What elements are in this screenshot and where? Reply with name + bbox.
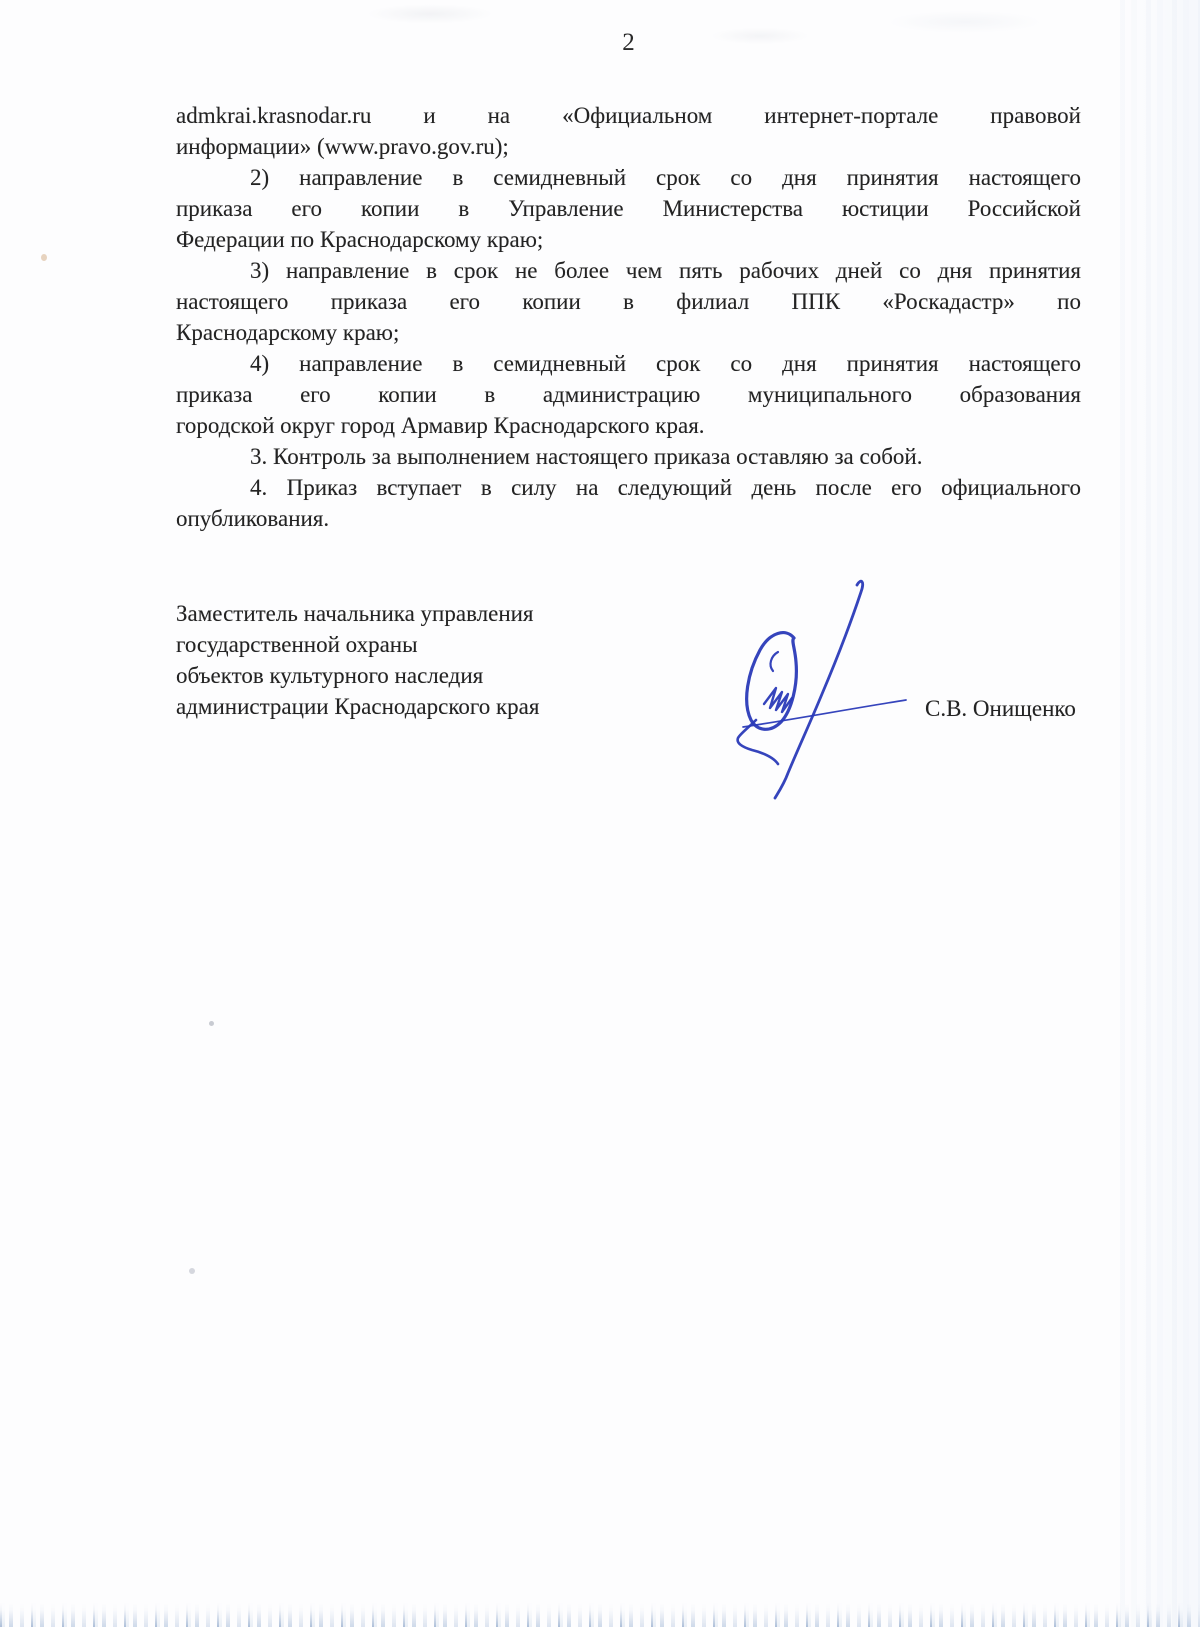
body-line: 4) направление в семидневный срок со дня…: [176, 348, 1081, 379]
signatory-title-line: объектов культурного наследия: [176, 660, 1081, 691]
handwritten-signature-icon: [690, 552, 930, 802]
page-number: 2: [176, 27, 1081, 58]
body-line: городской округ город Армавир Краснодарс…: [176, 410, 1081, 441]
body-line: приказа его копии в Управление Министерс…: [176, 193, 1081, 224]
scan-artifact-right-edge: [1120, 0, 1200, 1627]
body-line: Краснодарскому краю;: [176, 317, 1081, 348]
body-line: 3. Контроль за выполнением настоящего пр…: [176, 441, 1081, 472]
body-line: опубликования.: [176, 503, 1081, 534]
signatory-title-line: государственной охраны: [176, 629, 1081, 660]
scan-speck: [189, 1268, 195, 1274]
signature-stroke-inner-curl: [771, 652, 778, 671]
signatory-title-line: Заместитель начальника управления: [176, 598, 1081, 629]
body-line: информации» (www.pravo.gov.ru);: [176, 131, 1081, 162]
scan-speck: [41, 254, 47, 261]
signature-stroke-underline: [743, 700, 906, 727]
body-line: приказа его копии в администрацию муници…: [176, 379, 1081, 410]
body-line: 4. Приказ вступает в силу на следующий д…: [176, 472, 1081, 503]
scanned-document-page: 2 admkrai.krasnodar.ru и на «Официальном…: [0, 0, 1200, 1627]
signature-stroke-loop: [747, 633, 797, 730]
body-line: Федерации по Краснодарскому краю;: [176, 224, 1081, 255]
scan-speck: [209, 1021, 214, 1026]
signature-stroke-diagonal: [775, 581, 863, 798]
signature-block: Заместитель начальника управлениягосудар…: [176, 598, 1081, 722]
body-line: 2) направление в семидневный срок со дня…: [176, 162, 1081, 193]
body-line: admkrai.krasnodar.ru и на «Официальном и…: [176, 100, 1081, 131]
signatory-name: С.В. Онищенко: [925, 693, 1076, 724]
body-line: 3) направление в срок не более чем пять …: [176, 255, 1081, 286]
document-body: admkrai.krasnodar.ru и на «Официальном и…: [176, 100, 1081, 534]
body-line: настоящего приказа его копии в филиал ПП…: [176, 286, 1081, 317]
scan-artifact-bottom-edge: [0, 1603, 1200, 1627]
